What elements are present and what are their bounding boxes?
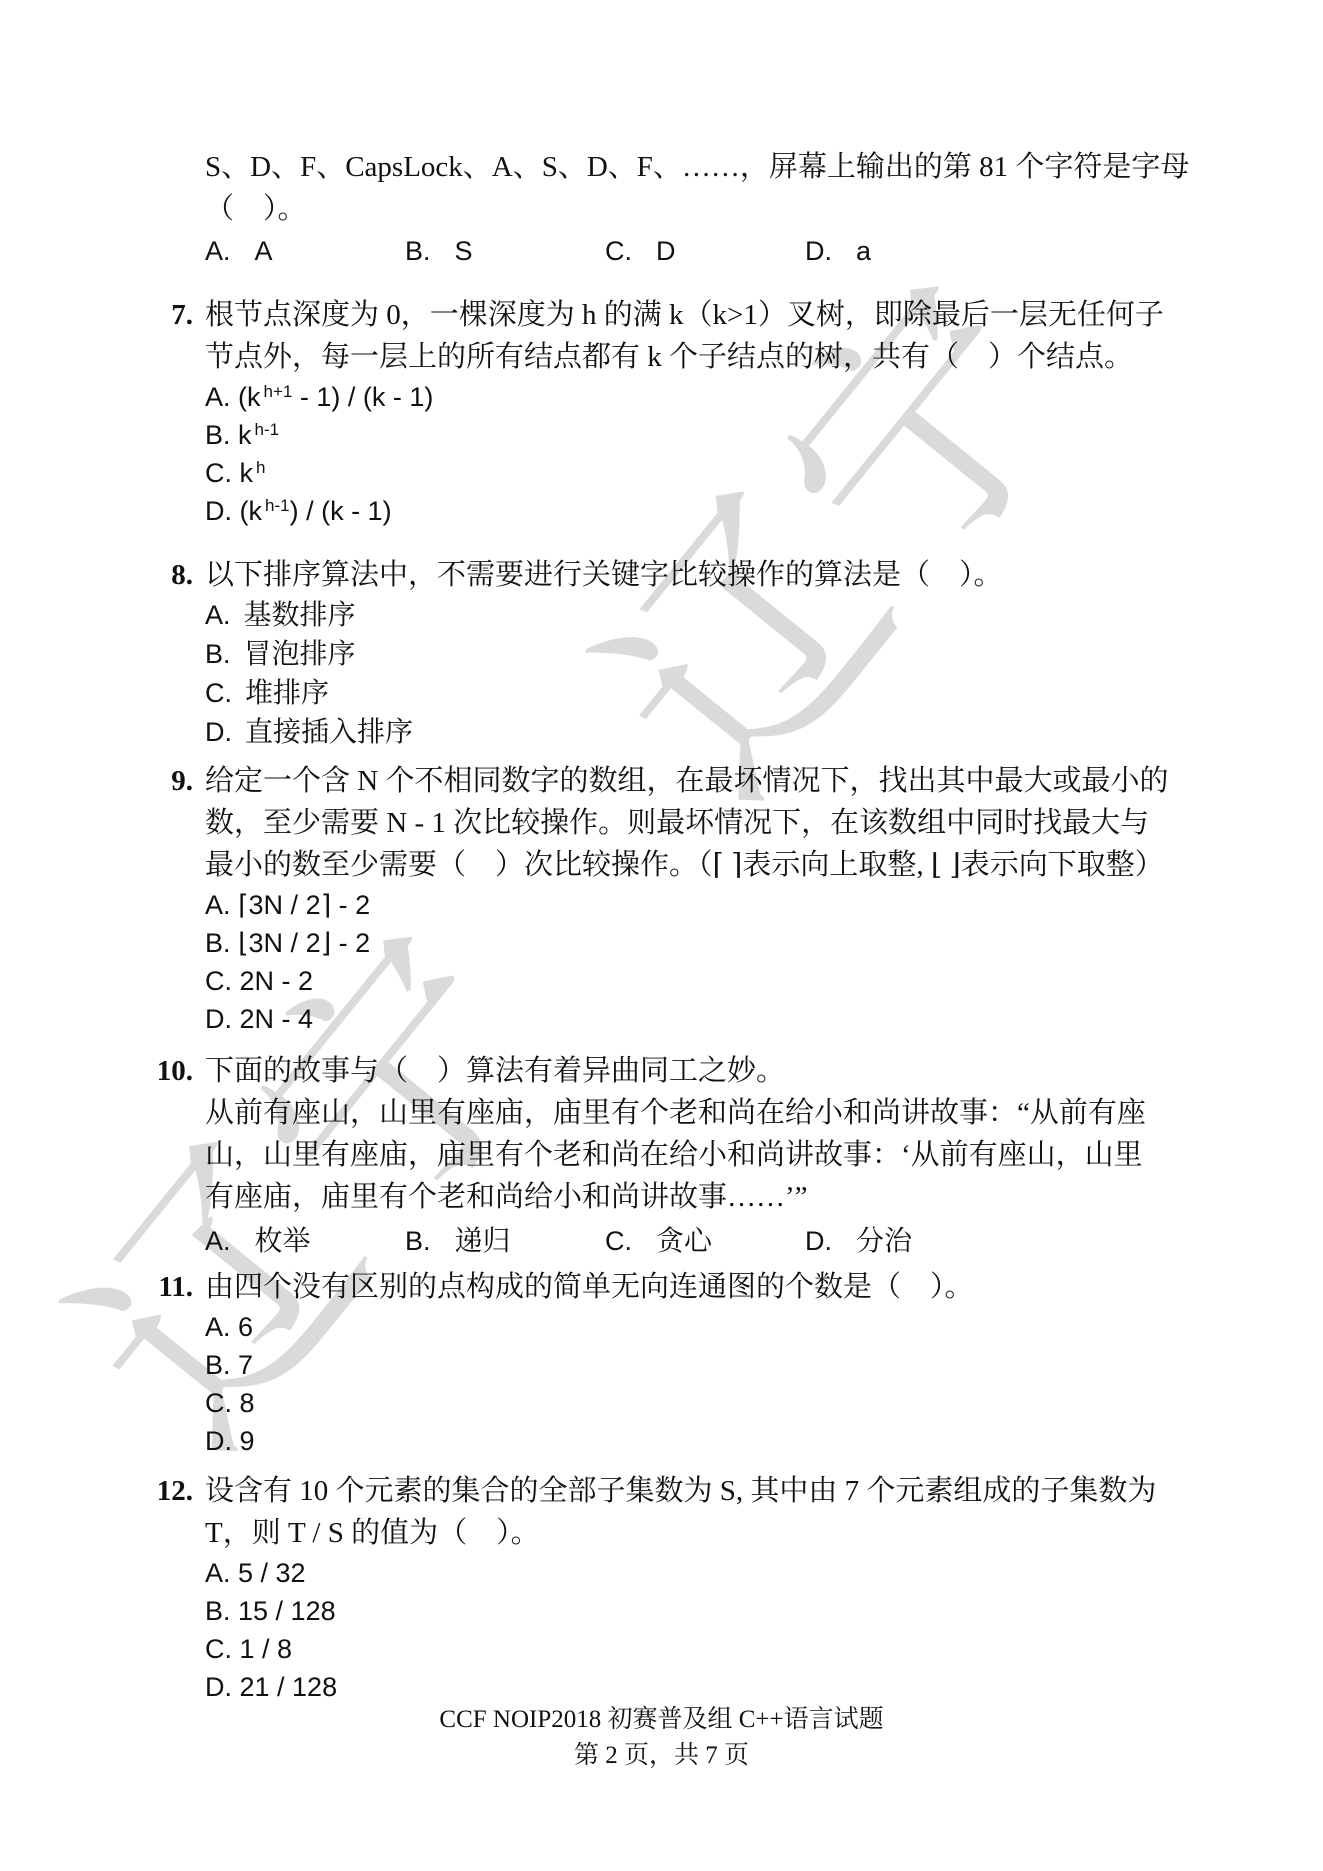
option-a: A. 6 (205, 1308, 1323, 1346)
option-label: B. (205, 639, 231, 669)
formula-post: - 1) / (k - 1) (292, 382, 433, 412)
option-text: D (656, 236, 676, 266)
question-text-line: 以下排序算法中，不需要进行关键字比较操作的算法是（ ）。 (205, 554, 1323, 596)
question-number: 8. (150, 554, 205, 596)
question-body: 下面的故事与（ ）算法有着异曲同工之妙。 从前有座山，山里有座庙，庙里有个老和尚… (205, 1050, 1323, 1258)
option-text: a (856, 236, 871, 266)
question-body: 设含有 10 个元素的集合的全部子集数为 S, 其中由 7 个元素组成的子集数为… (205, 1470, 1323, 1706)
question-body: 给定一个含 N 个不相同数字的数组，在最坏情况下，找出其中最大或最小的 数，至少… (205, 760, 1323, 1038)
question-6-continuation: S、D、F、CapsLock、A、S、D、F、……，屏幕上输出的第 81 个字符… (0, 146, 1323, 270)
question-12: 12. 设含有 10 个元素的集合的全部子集数为 S, 其中由 7 个元素组成的… (0, 1470, 1323, 1706)
option-label: D. (805, 1226, 832, 1256)
story-text-line: 有座庙，庙里有个老和尚给小和尚讲故事……’” (205, 1176, 1323, 1218)
footer-title: CCF NOIP2018 初赛普及组 C++语言试题 (0, 1702, 1323, 1738)
page-content: S、D、F、CapsLock、A、S、D、F、……，屏幕上输出的第 81 个字符… (0, 0, 1323, 1706)
formula-pre: A. (k (205, 382, 261, 412)
footer-page-number: 第 2 页，共 7 页 (0, 1738, 1323, 1774)
options-row: A.枚举 B.递归 C.贪心 D.分治 (205, 1220, 1323, 1258)
story-text-line: 从前有座山，山里有座庙，庙里有个老和尚在给小和尚讲故事：“从前有座 (205, 1092, 1323, 1134)
option-d: D. 2N - 4 (205, 1000, 1323, 1038)
question-body: 以下排序算法中，不需要进行关键字比较操作的算法是（ ）。 A.基数排序 B.冒泡… (205, 554, 1323, 752)
option-b: B.S (405, 236, 605, 267)
options-column: A. (kh+1 - 1) / (k - 1) B. kh-1 C. kh D.… (205, 378, 1323, 530)
question-text-line: 最小的数至少需要（ ）次比较操作。（⌈ ⌉表示向上取整, ⌊ ⌋表示向下取整） (205, 844, 1323, 886)
question-number: 7. (150, 294, 205, 336)
option-text: 递归 (455, 1226, 511, 1257)
option-label: C. (205, 678, 232, 708)
option-label: A. (205, 236, 231, 266)
question-body: 由四个没有区别的点构成的简单无向连通图的个数是（ ）。 A. 6 B. 7 C.… (205, 1266, 1323, 1460)
options-row: A.A B.S C.D D.a (205, 232, 1323, 270)
option-c: C.堆排序 (205, 674, 1323, 713)
option-a: A. ⌈3N / 2⌉ - 2 (205, 886, 1323, 924)
option-text: 直接插入排序 (245, 717, 413, 748)
formula-superscript: h+1 (264, 382, 293, 401)
option-a: A. (kh+1 - 1) / (k - 1) (205, 378, 1323, 416)
option-a: A.A (205, 236, 405, 267)
question-10: 10. 下面的故事与（ ）算法有着异曲同工之妙。 从前有座山，山里有座庙，庙里有… (0, 1050, 1323, 1258)
option-label: A. (205, 600, 231, 630)
story-text-line: 山，山里有座庙，庙里有个老和尚在给小和尚讲故事：‘从前有座山，山里 (205, 1134, 1323, 1176)
option-text: 分治 (856, 1226, 912, 1257)
question-text-line: 下面的故事与（ ）算法有着异曲同工之妙。 (205, 1050, 1323, 1092)
formula-post: ) / (k - 1) (290, 496, 392, 526)
question-text-line: 由四个没有区别的点构成的简单无向连通图的个数是（ ）。 (205, 1266, 1323, 1308)
question-8: 8. 以下排序算法中，不需要进行关键字比较操作的算法是（ ）。 A.基数排序 B… (0, 554, 1323, 752)
option-d: D.直接插入排序 (205, 713, 1323, 752)
option-c: C. 2N - 2 (205, 962, 1323, 1000)
formula-superscript: h-1 (255, 420, 280, 439)
option-b: B. 15 / 128 (205, 1592, 1323, 1630)
option-label: B. (405, 236, 431, 266)
question-number: 9. (150, 760, 205, 802)
exam-page: 辽宁 辽宁 S、D、F、CapsLock、A、S、D、F、……，屏幕上输出的第 … (0, 0, 1323, 1871)
formula-superscript: h (256, 458, 265, 477)
option-label: C. (605, 236, 632, 266)
options-column: A. 6 B. 7 C. 8 D. 9 (205, 1308, 1323, 1460)
option-d: D. 21 / 128 (205, 1668, 1323, 1706)
option-text: 基数排序 (244, 600, 356, 631)
option-b: B. kh-1 (205, 416, 1323, 454)
question-text-line: S、D、F、CapsLock、A、S、D、F、……，屏幕上输出的第 81 个字符… (205, 146, 1323, 188)
option-label: D. (205, 717, 232, 747)
option-d: D.a (805, 236, 1005, 267)
options-column: A.基数排序 B.冒泡排序 C.堆排序 D.直接插入排序 (205, 596, 1323, 752)
option-label: D. (805, 236, 832, 266)
option-text: 枚举 (255, 1226, 311, 1257)
question-body: S、D、F、CapsLock、A、S、D、F、……，屏幕上输出的第 81 个字符… (205, 146, 1323, 270)
option-text: A (255, 236, 273, 266)
option-d: D.分治 (805, 1219, 1005, 1259)
question-number: 12. (150, 1470, 205, 1512)
question-body: 根节点深度为 0，一棵深度为 h 的满 k（k>1）叉树，即除最后一层无任何子 … (205, 294, 1323, 530)
option-label: A. (205, 1226, 231, 1256)
option-d: D. (kh-1) / (k - 1) (205, 492, 1323, 530)
option-label: B. (405, 1226, 431, 1256)
option-b: B. 7 (205, 1346, 1323, 1384)
question-text-line: 给定一个含 N 个不相同数字的数组，在最坏情况下，找出其中最大或最小的 (205, 760, 1323, 802)
option-c: C. 1 / 8 (205, 1630, 1323, 1668)
option-b: B. ⌊3N / 2⌋ - 2 (205, 924, 1323, 962)
options-column: A. 5 / 32 B. 15 / 128 C. 1 / 8 D. 21 / 1… (205, 1554, 1323, 1706)
question-text-line: 节点外，每一层上的所有结点都有 k 个子结点的树，共有（ ）个结点。 (205, 336, 1323, 378)
option-b: B.冒泡排序 (205, 635, 1323, 674)
option-c: C. 8 (205, 1384, 1323, 1422)
formula-pre: B. k (205, 420, 252, 450)
question-11: 11. 由四个没有区别的点构成的简单无向连通图的个数是（ ）。 A. 6 B. … (0, 1266, 1323, 1460)
option-a: A.枚举 (205, 1219, 405, 1259)
question-9: 9. 给定一个含 N 个不相同数字的数组，在最坏情况下，找出其中最大或最小的 数… (0, 760, 1323, 1038)
option-a: A. 5 / 32 (205, 1554, 1323, 1592)
question-7: 7. 根节点深度为 0，一棵深度为 h 的满 k（k>1）叉树，即除最后一层无任… (0, 294, 1323, 530)
formula-pre: C. k (205, 458, 253, 488)
question-number: 10. (150, 1050, 205, 1092)
option-b: B.递归 (405, 1219, 605, 1259)
option-c: C. kh (205, 454, 1323, 492)
option-d: D. 9 (205, 1422, 1323, 1460)
page-footer: CCF NOIP2018 初赛普及组 C++语言试题 第 2 页，共 7 页 (0, 1702, 1323, 1774)
option-text: 冒泡排序 (244, 639, 356, 670)
question-number: 11. (150, 1266, 205, 1308)
option-c: C.D (605, 236, 805, 267)
formula-superscript: h-1 (265, 496, 290, 515)
question-text-line: T，则 T / S 的值为（ ）。 (205, 1512, 1323, 1554)
question-text-line: 根节点深度为 0，一棵深度为 h 的满 k（k>1）叉树，即除最后一层无任何子 (205, 294, 1323, 336)
option-text: 堆排序 (245, 678, 329, 709)
option-text: S (455, 236, 473, 266)
option-label: C. (605, 1226, 632, 1256)
option-a: A.基数排序 (205, 596, 1323, 635)
formula-pre: D. (k (205, 496, 262, 526)
question-text-line: 数，至少需要 N - 1 次比较操作。则最坏情况下，在该数组中同时找最大与 (205, 802, 1323, 844)
option-c: C.贪心 (605, 1219, 805, 1259)
question-blank-line: （ ）。 (205, 188, 1323, 230)
question-text-line: 设含有 10 个元素的集合的全部子集数为 S, 其中由 7 个元素组成的子集数为 (205, 1470, 1323, 1512)
option-text: 贪心 (656, 1226, 712, 1257)
options-column: A. ⌈3N / 2⌉ - 2 B. ⌊3N / 2⌋ - 2 C. 2N - … (205, 886, 1323, 1038)
